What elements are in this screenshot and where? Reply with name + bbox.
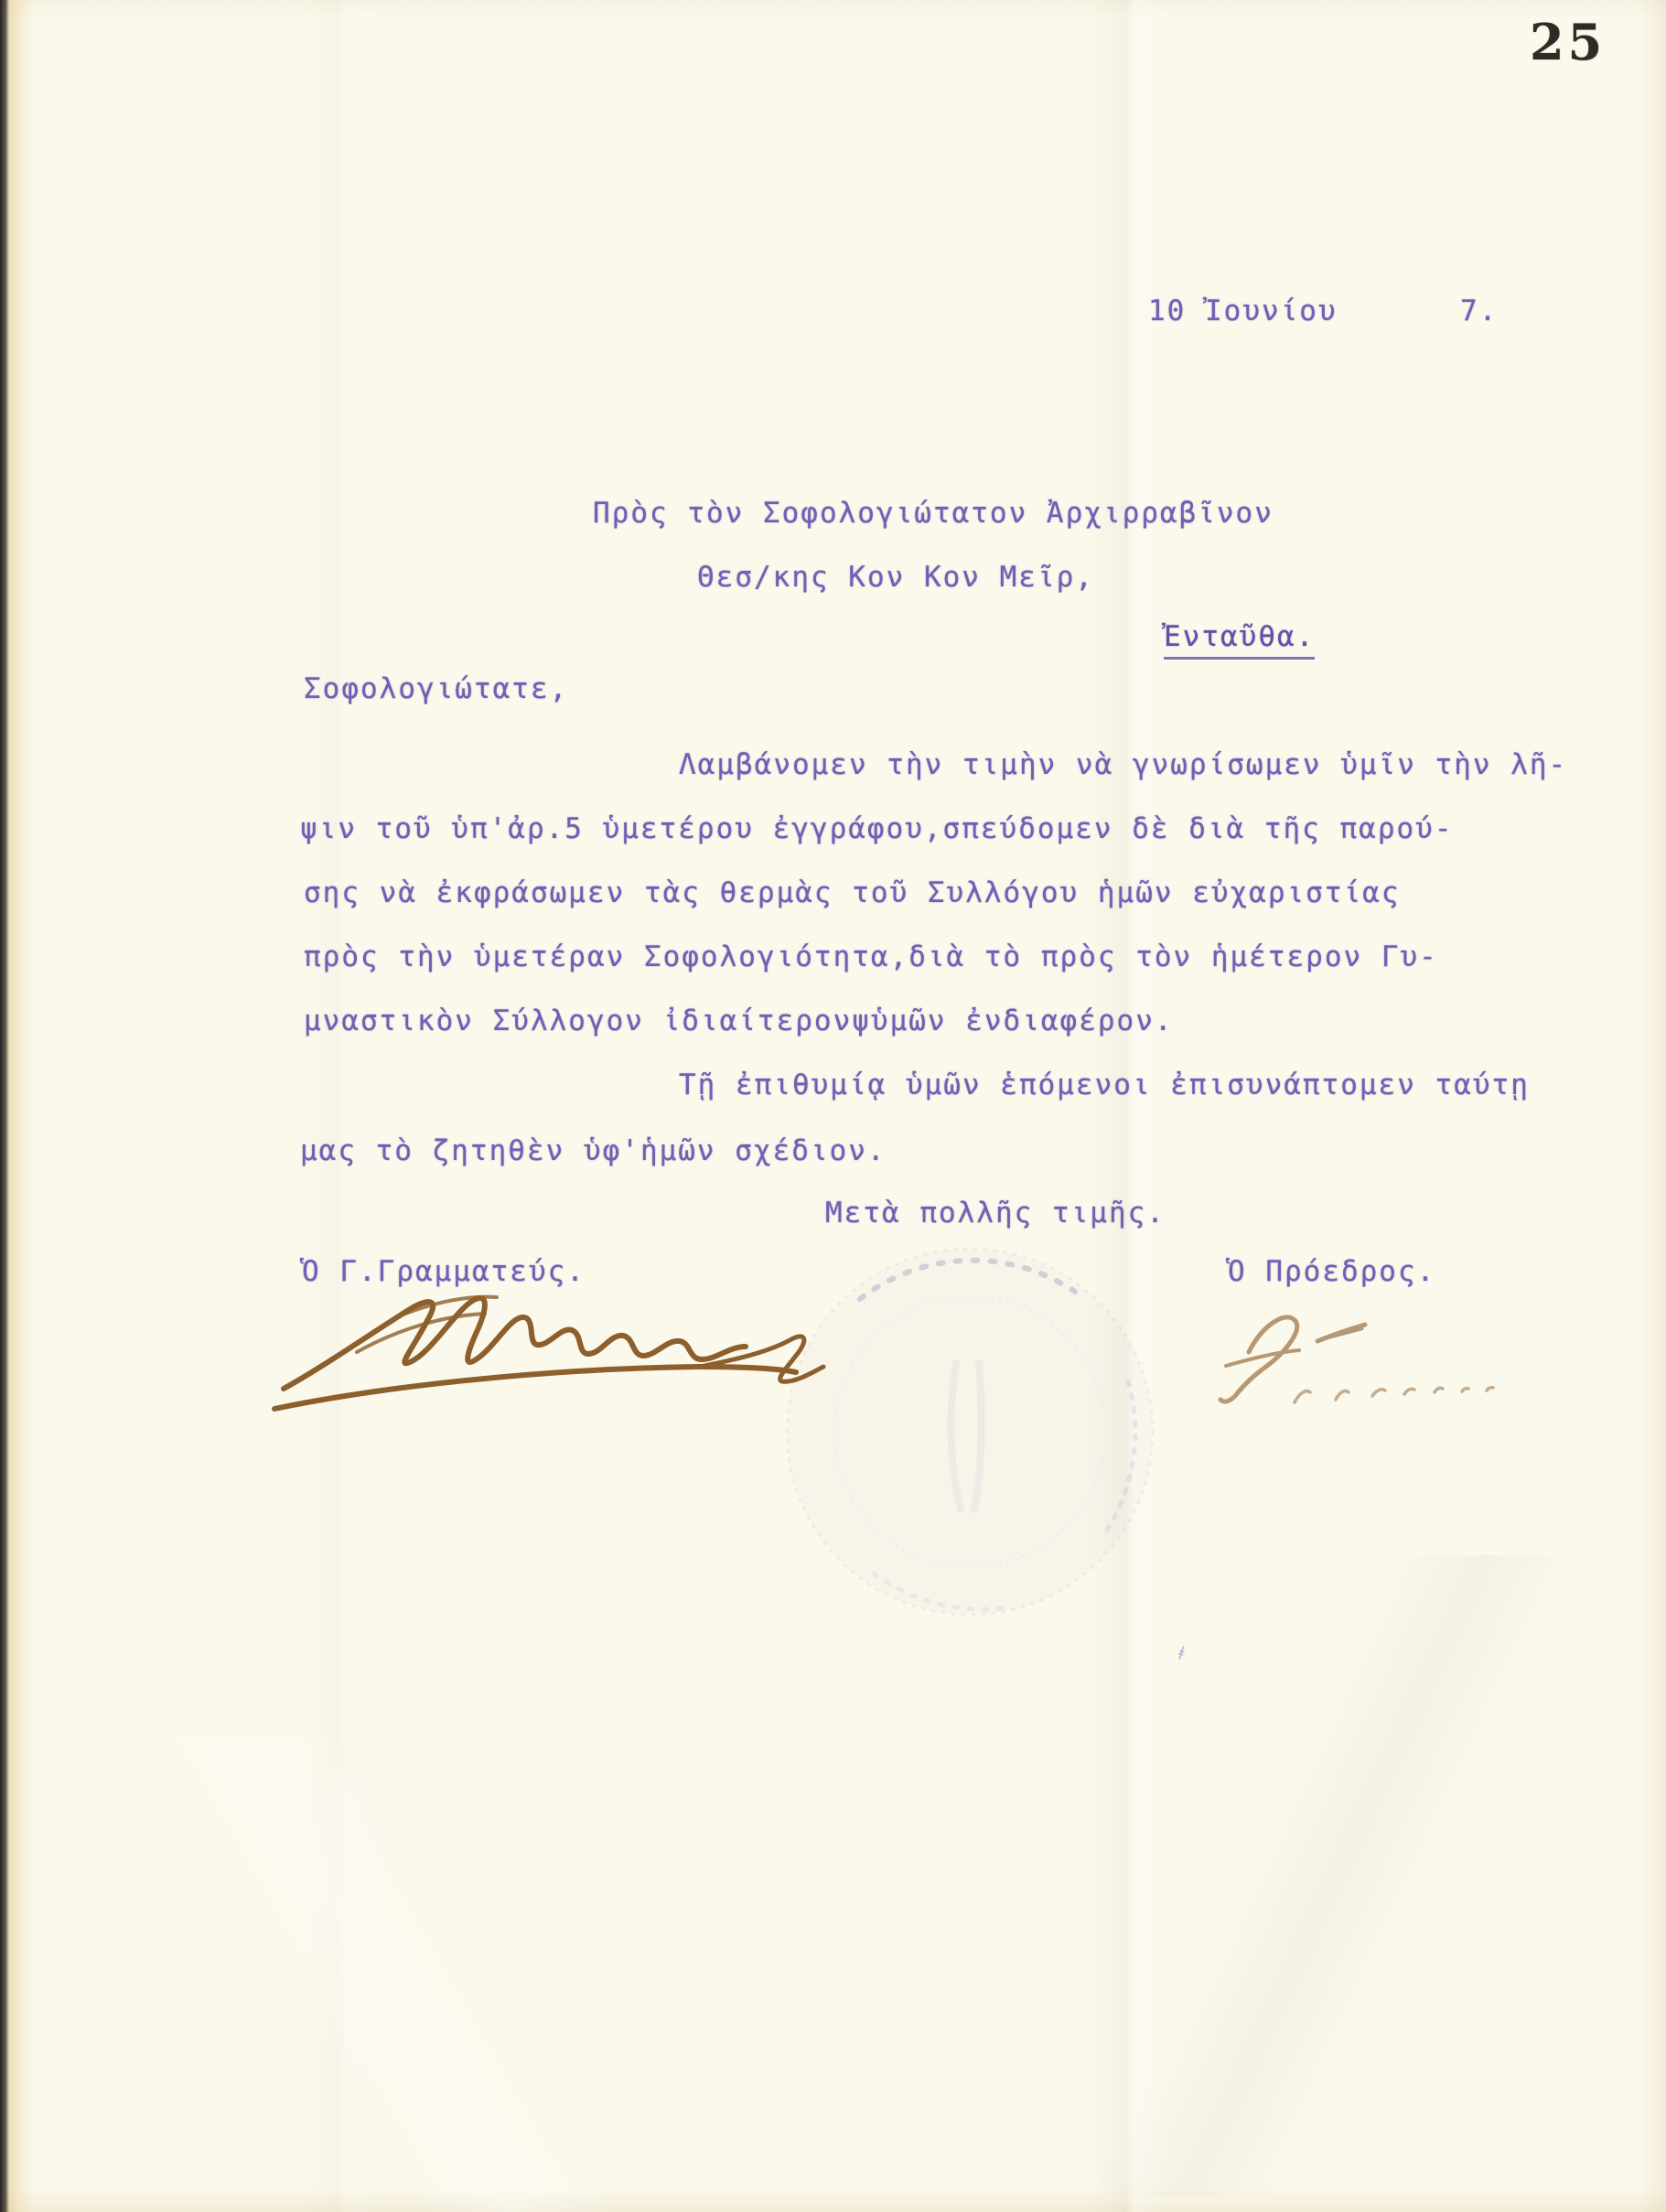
body-line: πρὸς τὴν ὑμετέραν Σοφολογιότητα,διὰ τὸ π… [304,940,1438,973]
body-line: μας τὸ ζητηθὲν ὑφ'ἡμῶν σχέδιον. [300,1134,887,1167]
body-line: ψιν τοῦ ὑπ'ἀρ.5 ὑμετέρου ἐγγράφου,σπεύδο… [300,812,1453,845]
president-signature [1208,1297,1537,1416]
body-line: Λαμβάνομεν τὴν τιμὴν νὰ γνωρίσωμεν ὑμῖν … [679,748,1567,781]
stray-ink-mark: ҂ [1178,1642,1187,1665]
salutation: Σοφολογιώτατε, [304,672,568,705]
paper-crease-vertical [1089,0,1171,2212]
paper-wrinkle [1006,1555,1665,2196]
paper-crease-vertical-2 [302,0,384,2212]
date-year-fragment: 7. [1460,295,1498,328]
body-line: σης νὰ ἐκφράσωμεν τὰς θερμὰς τοῦ Συλλόγο… [304,876,1401,909]
recipient-line2: Θεσ/κης Κον Κον Μεῖρ, [697,561,1094,594]
secretary-signature [270,1279,855,1425]
scanned-letter-page: 25 10 Ἰουνίου 7. Πρὸς τὸν Σοφολογιώτατον… [0,0,1666,2212]
recipient-line3: Ἐνταῦθα. [1164,620,1315,660]
recipient-line1: Πρὸς τὸν Σοφολογιώτατον Ἀρχιρραβῖνον [593,497,1274,530]
date: 10 Ἰουνίου [1148,295,1338,328]
president-title: Ὁ Πρόεδρος. [1228,1255,1435,1288]
closing-formula: Μετὰ πολλῆς τιμῆς. [825,1197,1166,1229]
body-line: Τῇ ἐπιθυμίᾳ ὑμῶν ἑπόμενοι ἐπισυνάπτομεν … [679,1068,1530,1101]
paper-wrinkle-2 [55,1738,695,2212]
folio-number: 25 [1530,13,1606,71]
body-line: μναστικὸν Σύλλογον ἰδιαίτερονψὑμῶν ἐνδια… [304,1004,1174,1037]
